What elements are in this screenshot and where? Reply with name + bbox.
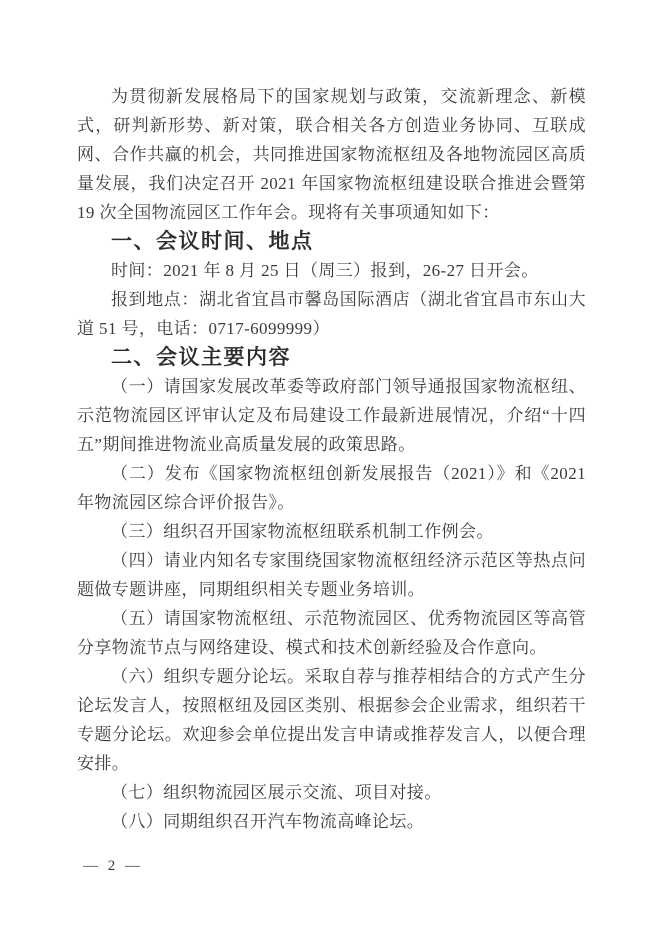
document-page: 为贯彻新发展格局下的国家规划与政策，交流新理念、新模式，研判新形势、新对策，联合… [0,0,662,936]
agenda-item-4: （四）请业内知名专家围绕国家物流枢纽经济示范区等热点问题做专题讲座，同期组织相关… [77,546,586,604]
agenda-item-5: （五）请国家物流枢纽、示范物流园区、优秀物流园区等高管分享物流节点与网络建设、模… [77,604,586,662]
section-2-heading: 二、会议主要内容 [77,343,586,372]
agenda-item-1: （一）请国家发展改革委等政府部门领导通报国家物流枢纽、示范物流园区评审认定及布局… [77,372,586,459]
document-body: 为贯彻新发展格局下的国家规划与政策，交流新理念、新模式，研判新形势、新对策，联合… [77,82,586,836]
section-1-heading: 一、会议时间、地点 [77,227,586,256]
page-number: — 2 — [83,858,143,875]
meeting-time-paragraph: 时间：2021 年 8 月 25 日（周三）报到，26-27 日开会。 [77,256,586,285]
agenda-item-2: （二）发布《国家物流枢纽创新发展报告（2021）》和《2021 年物流园区综合评… [77,459,586,517]
agenda-item-7: （七）组织物流园区展示交流、项目对接。 [77,778,586,807]
meeting-location-paragraph: 报到地点：湖北省宜昌市馨岛国际酒店（湖北省宜昌市东山大道 51 号，电话：071… [77,285,586,343]
agenda-item-6: （六）组织专题分论坛。采取自荐与推荐相结合的方式产生分论坛发言人，按照枢纽及园区… [77,662,586,778]
agenda-item-8: （八）同期组织召开汽车物流高峰论坛。 [77,807,586,836]
agenda-item-3: （三）组织召开国家物流枢纽联系机制工作例会。 [77,517,586,546]
intro-paragraph: 为贯彻新发展格局下的国家规划与政策，交流新理念、新模式，研判新形势、新对策，联合… [77,82,586,227]
